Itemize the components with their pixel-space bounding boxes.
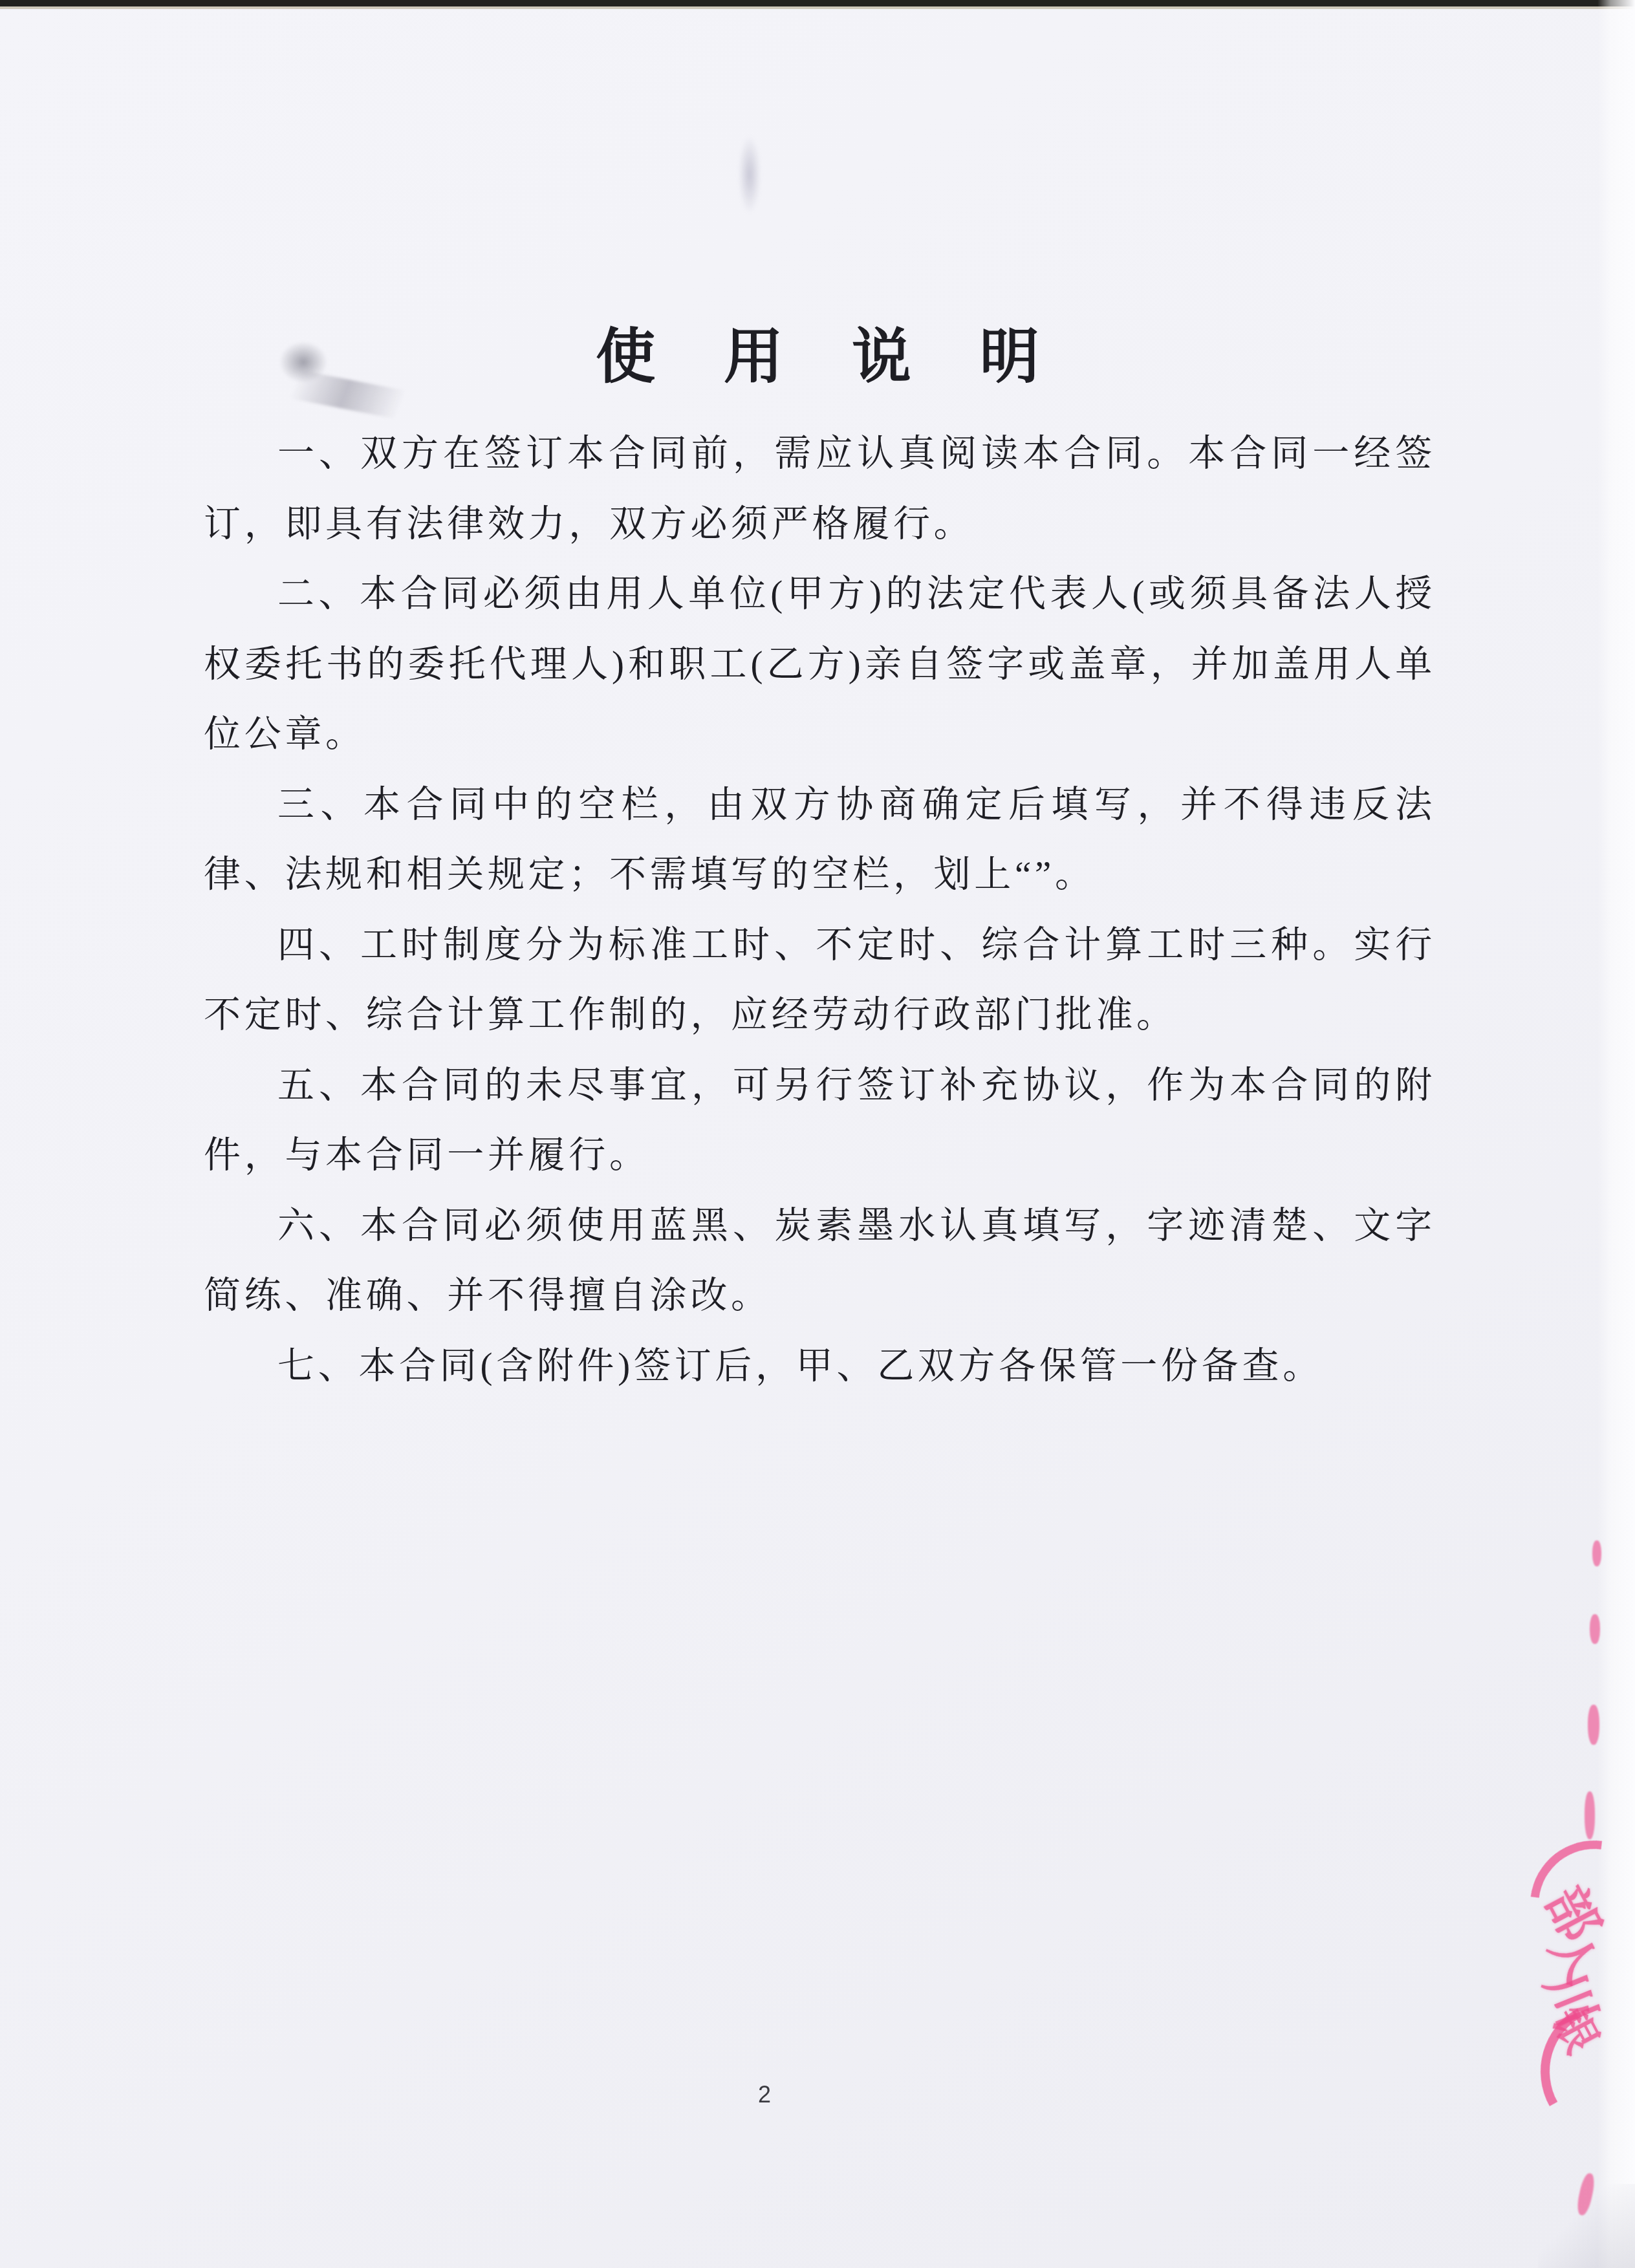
- scanned-document-page: 使 用 说 明 一、双方在签订本合同前，需应认真阅读本合同。本合同一经签订，即具…: [0, 0, 1635, 2268]
- instruction-paragraph-7: 七、本合同(含附件)签订后，甲、乙双方各保管一份备查。: [204, 1332, 1436, 1402]
- scan-top-edge: [0, 0, 1635, 6]
- instruction-paragraph-1: 一、双方在签订本合同前，需应认真阅读本合同。本合同一经签订，即具有法律效力，双方…: [204, 419, 1436, 559]
- stamp-ink-mark: [1585, 1791, 1595, 1839]
- instruction-paragraph-3: 三、本合同中的空栏，由双方协商确定后填写，并不得违反法律、法规和相关规定；不需填…: [204, 770, 1436, 911]
- page-title: 使 用 说 明: [0, 309, 1635, 394]
- page-corner-shadow: [1538, 2184, 1635, 2268]
- instruction-paragraph-6: 六、本合同必须使用蓝黑、炭素墨水认真填写，字迹清楚、文字简练、准确、并不得擅自涂…: [204, 1191, 1436, 1332]
- instructions-body: 一、双方在签订本合同前，需应认真阅读本合同。本合同一经签订，即具有法律效力，双方…: [204, 419, 1436, 1401]
- scan-top-edge-line: [0, 6, 1635, 9]
- instruction-paragraph-4: 四、工时制度分为标准工时、不定时、综合计算工时三种。实行不定时、综合计算工作制的…: [204, 911, 1436, 1051]
- instruction-paragraph-2: 二、本合同必须由用人单位(甲方)的法定代表人(或须具备法人授权委托书的委托代理人…: [204, 559, 1436, 770]
- pencil-smudge: [739, 136, 761, 213]
- instruction-paragraph-5: 五、本合同的未尽事宜，可另行签订补充协议，作为本合同的附件，与本合同一并履行。: [204, 1051, 1436, 1191]
- page-number: 2: [758, 2081, 771, 2108]
